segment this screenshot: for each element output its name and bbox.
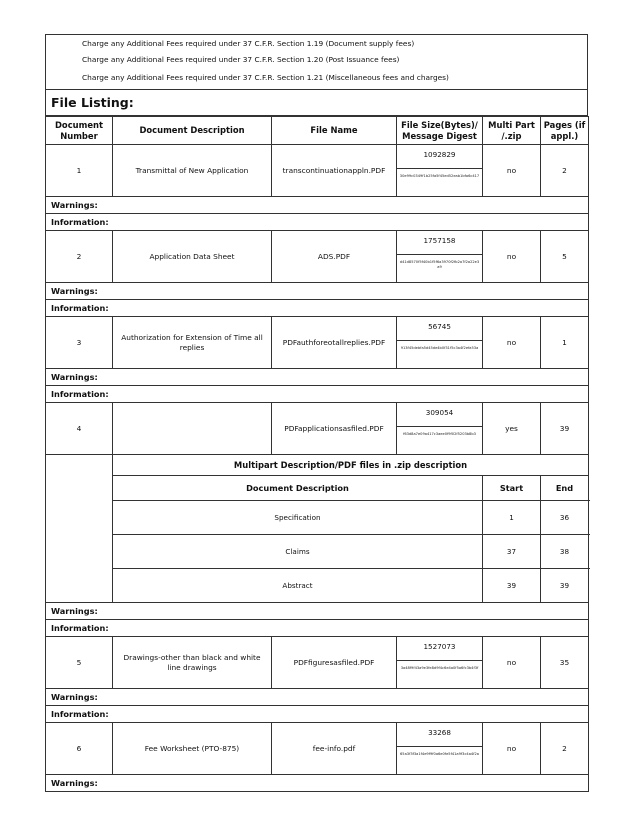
message-digest: 30e99c0349f1b25fa5f45ed52eab1bfa6c417	[397, 169, 482, 196]
doc-description: Fee Worksheet (PTO-875)	[113, 723, 272, 775]
header-file-size: File Size(Bytes)/ Message Digest	[397, 117, 483, 145]
file-listing-table: Document Number Document Description Fil…	[45, 116, 589, 792]
table-row: 4 PDFapplicationsasfiled.PDF 309054 f63d…	[46, 403, 589, 455]
doc-description: Application Data Sheet	[113, 231, 272, 283]
multipart-row: Specification136	[46, 501, 589, 535]
file-size-cell: 1757158 d41d8570f5f40b1f5f6a3970f2fb2a7f…	[397, 231, 483, 283]
file-size: 1092829	[397, 145, 482, 169]
doc-description: Authorization for Extension of Time all …	[113, 317, 272, 369]
multipart-start: 1	[483, 501, 541, 535]
information-row: Information:	[46, 386, 589, 403]
table-row: 1 Transmittal of New Application transco…	[46, 145, 589, 197]
file-size: 309054	[397, 403, 482, 427]
multipart-description: Specification	[113, 501, 483, 535]
file-name: transcontinuationappln.PDF	[272, 145, 397, 197]
multipart-end: 39	[541, 569, 589, 603]
message-digest: f63d8a7e09a417c3aee0f9f02f5203b8b3	[397, 427, 482, 454]
multipart-end: 38	[541, 535, 589, 569]
warnings-row: Warnings:	[46, 369, 589, 386]
information-row-label: Information:	[46, 620, 589, 637]
page-count: 1	[541, 317, 589, 369]
multipart-header-end: End	[541, 476, 589, 501]
file-size: 1757158	[397, 231, 482, 255]
header-pages: Pages (if appl.)	[541, 117, 589, 145]
warnings-row-label: Warnings:	[46, 689, 589, 706]
information-row: Information:	[46, 214, 589, 231]
file-name: PDFfiguresasfiled.PDF	[272, 637, 397, 689]
information-row-label: Information:	[46, 706, 589, 723]
information-row-label: Information:	[46, 300, 589, 317]
charge-line-1-19: Charge any Additional Fees required unde…	[82, 39, 414, 48]
page-count: 2	[541, 723, 589, 775]
file-listing-title: File Listing:	[45, 89, 588, 116]
information-row-label: Information:	[46, 386, 589, 403]
file-name: PDFapplicationsasfiled.PDF	[272, 403, 397, 455]
multipart-flag: no	[483, 145, 541, 197]
warnings-row-label: Warnings:	[46, 603, 589, 620]
multipart-end: 36	[541, 501, 589, 535]
warnings-row: Warnings:	[46, 197, 589, 214]
table-row: 3 Authorization for Extension of Time al…	[46, 317, 589, 369]
file-name: ADS.PDF	[272, 231, 397, 283]
multipart-title: Multipart Description/PDF files in .zip …	[113, 455, 589, 476]
page-count: 39	[541, 403, 589, 455]
table-header-row: Document Number Document Description Fil…	[46, 117, 589, 145]
information-row: Information:	[46, 620, 589, 637]
page-count: 35	[541, 637, 589, 689]
multipart-title-row: Multipart Description/PDF files in .zip …	[46, 455, 589, 476]
multipart-header-description: Document Description	[113, 476, 483, 501]
multipart-row: Claims3738	[46, 535, 589, 569]
doc-number: 6	[46, 723, 113, 775]
file-size-cell: 1092829 30e99c0349f1b25fa5f45ed52eab1bfa…	[397, 145, 483, 197]
warnings-row: Warnings:	[46, 603, 589, 620]
multipart-description: Claims	[113, 535, 483, 569]
file-size: 1527073	[397, 637, 482, 661]
file-size: 33268	[397, 723, 482, 747]
file-size-cell: 1527073 3a48f9f43a9e3fe8d9f4c6e4a0f5a6fc…	[397, 637, 483, 689]
multipart-row: Abstract3939	[46, 569, 589, 603]
page-count: 5	[541, 231, 589, 283]
doc-number: 3	[46, 317, 113, 369]
file-listing-page: Charge any Additional Fees required unde…	[45, 34, 588, 792]
doc-number: 4	[46, 403, 113, 455]
additional-fees-section: Charge any Additional Fees required unde…	[45, 34, 588, 89]
multipart-blank-cell	[46, 455, 113, 603]
message-digest: 913f45debfa5d45de4b0f31f5c3a4f2efa53a	[397, 341, 482, 368]
file-size-cell: 309054 f63d8a7e09a417c3aee0f9f02f5203b8b…	[397, 403, 483, 455]
doc-description: Transmittal of New Application	[113, 145, 272, 197]
header-multi-part: Multi Part /.zip	[483, 117, 541, 145]
warnings-row-label: Warnings:	[46, 283, 589, 300]
file-name: fee-info.pdf	[272, 723, 397, 775]
multipart-start: 37	[483, 535, 541, 569]
table-row: 5 Drawings-other than black and white li…	[46, 637, 589, 689]
header-doc-description: Document Description	[113, 117, 272, 145]
doc-description	[113, 403, 272, 455]
multipart-flag: no	[483, 231, 541, 283]
multipart-flag: no	[483, 723, 541, 775]
information-row-label: Information:	[46, 214, 589, 231]
information-row: Information:	[46, 706, 589, 723]
multipart-header-start: Start	[483, 476, 541, 501]
charge-line-1-21: Charge any Additional Fees required unde…	[82, 73, 449, 82]
multipart-description: Abstract	[113, 569, 483, 603]
multipart-flag: no	[483, 317, 541, 369]
warnings-row: Warnings:	[46, 283, 589, 300]
message-digest: 65a3f3f3a1f4e9f9f0a6e0fe5f41a9f3c4a4f2a	[397, 747, 482, 774]
file-size-cell: 33268 65a3f3f3a1f4e9f9f0a6e0fe5f41a9f3c4…	[397, 723, 483, 775]
warnings-row-label: Warnings:	[46, 369, 589, 386]
file-size-cell: 56745 913f45debfa5d45de4b0f31f5c3a4f2efa…	[397, 317, 483, 369]
warnings-row-label: Warnings:	[46, 197, 589, 214]
doc-description: Drawings-other than black and white line…	[113, 637, 272, 689]
information-row: Information:	[46, 300, 589, 317]
doc-number: 5	[46, 637, 113, 689]
doc-number: 2	[46, 231, 113, 283]
charge-line-1-20: Charge any Additional Fees required unde…	[82, 55, 399, 64]
multipart-header-row: Document DescriptionStartEnd	[46, 476, 589, 501]
doc-number: 1	[46, 145, 113, 197]
multipart-flag: no	[483, 637, 541, 689]
page-count: 2	[541, 145, 589, 197]
warnings-row: Warnings:	[46, 689, 589, 706]
file-name: PDFauthforeotallreplies.PDF	[272, 317, 397, 369]
message-digest: 3a48f9f43a9e3fe8d9f4c6e4a0f5a6fc3b4f3f	[397, 661, 482, 688]
warnings-row-label: Warnings:	[46, 775, 589, 792]
header-file-name: File Name	[272, 117, 397, 145]
message-digest: d41d8570f5f40b1f5f6a3970f2fb2a7f2a22e3a9	[397, 255, 482, 282]
table-row: 2 Application Data Sheet ADS.PDF 1757158…	[46, 231, 589, 283]
multipart-flag: yes	[483, 403, 541, 455]
header-doc-number: Document Number	[46, 117, 113, 145]
table-row: 6 Fee Worksheet (PTO-875) fee-info.pdf 3…	[46, 723, 589, 775]
warnings-row: Warnings:	[46, 775, 589, 792]
multipart-start: 39	[483, 569, 541, 603]
file-size: 56745	[397, 317, 482, 341]
